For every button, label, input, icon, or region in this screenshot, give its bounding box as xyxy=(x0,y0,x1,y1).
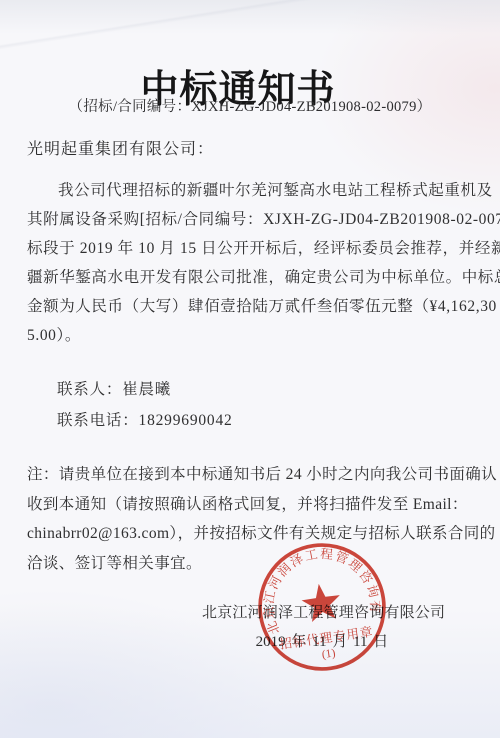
contact-phone-line: 联系电话：18299690042 xyxy=(57,405,233,436)
recipient-line: 光明起重集团有限公司： xyxy=(27,136,214,159)
seal-number: (1) xyxy=(321,646,336,661)
note-line: 洽谈、签订等相关事宜。 xyxy=(27,549,473,579)
body-line: 我公司代理招标的新疆叶尔羌河錾高水电站工程桥式起重机及 xyxy=(27,176,473,205)
note-line: 收到本通知（请按照确认函格式回复，并将扫描件发至 Email： xyxy=(27,490,473,520)
body-line: 标段于 2019 年 10 月 15 日公开开标后，经评标委员会推荐，并经新 xyxy=(27,234,473,263)
body-paragraph: 我公司代理招标的新疆叶尔羌河錾高水电站工程桥式起重机及 其附属设备采购[招标/合… xyxy=(27,176,473,350)
contract-number-line: （招标/合同编号：XJXH-ZG-JD04-ZB201908-02-0079） xyxy=(0,95,500,116)
contact-phone-number: 18299690042 xyxy=(139,412,233,429)
scanned-document-page: 中标通知书 （招标/合同编号：XJXH-ZG-JD04-ZB201908-02-… xyxy=(0,0,500,738)
contact-person-label: 联系人： xyxy=(57,381,122,398)
body-line: 其附属设备采购[招标/合同编号：XJXH-ZG-JD04-ZB201908-02… xyxy=(27,205,473,234)
contact-phone-label: 联系电话： xyxy=(57,412,139,429)
note-paragraph: 注：请贵单位在接到本中标通知书后 24 小时之内向我公司书面确认 收到本通知（请… xyxy=(27,460,473,578)
note-line: 注：请贵单位在接到本中标通知书后 24 小时之内向我公司书面确认 xyxy=(27,460,473,490)
body-line: 金额为人民币（大写）肆佰壹拾陆万贰仟叁佰零伍元整（¥4,162,30 xyxy=(27,292,473,321)
body-line: 5.00）。 xyxy=(27,321,473,350)
note-line: chinabrr02@163.com），并按招标文件有关规定与招标人联系合同的 xyxy=(27,519,473,549)
contact-person-name: 崔晨曦 xyxy=(122,381,171,398)
star-icon xyxy=(300,581,343,623)
contact-block: 联系人：崔晨曦 联系电话：18299690042 xyxy=(57,374,233,436)
company-seal-stamp: 北京江河润泽工程管理咨询有限公司 招标代理专用章 (1) xyxy=(256,541,388,673)
seal-graphic: 北京江河润泽工程管理咨询有限公司 招标代理专用章 (1) xyxy=(256,541,388,673)
contact-person-line: 联系人：崔晨曦 xyxy=(57,374,233,405)
body-line: 疆新华錾高水电开发有限公司批准，确定贵公司为中标单位。中标总 xyxy=(27,263,473,292)
